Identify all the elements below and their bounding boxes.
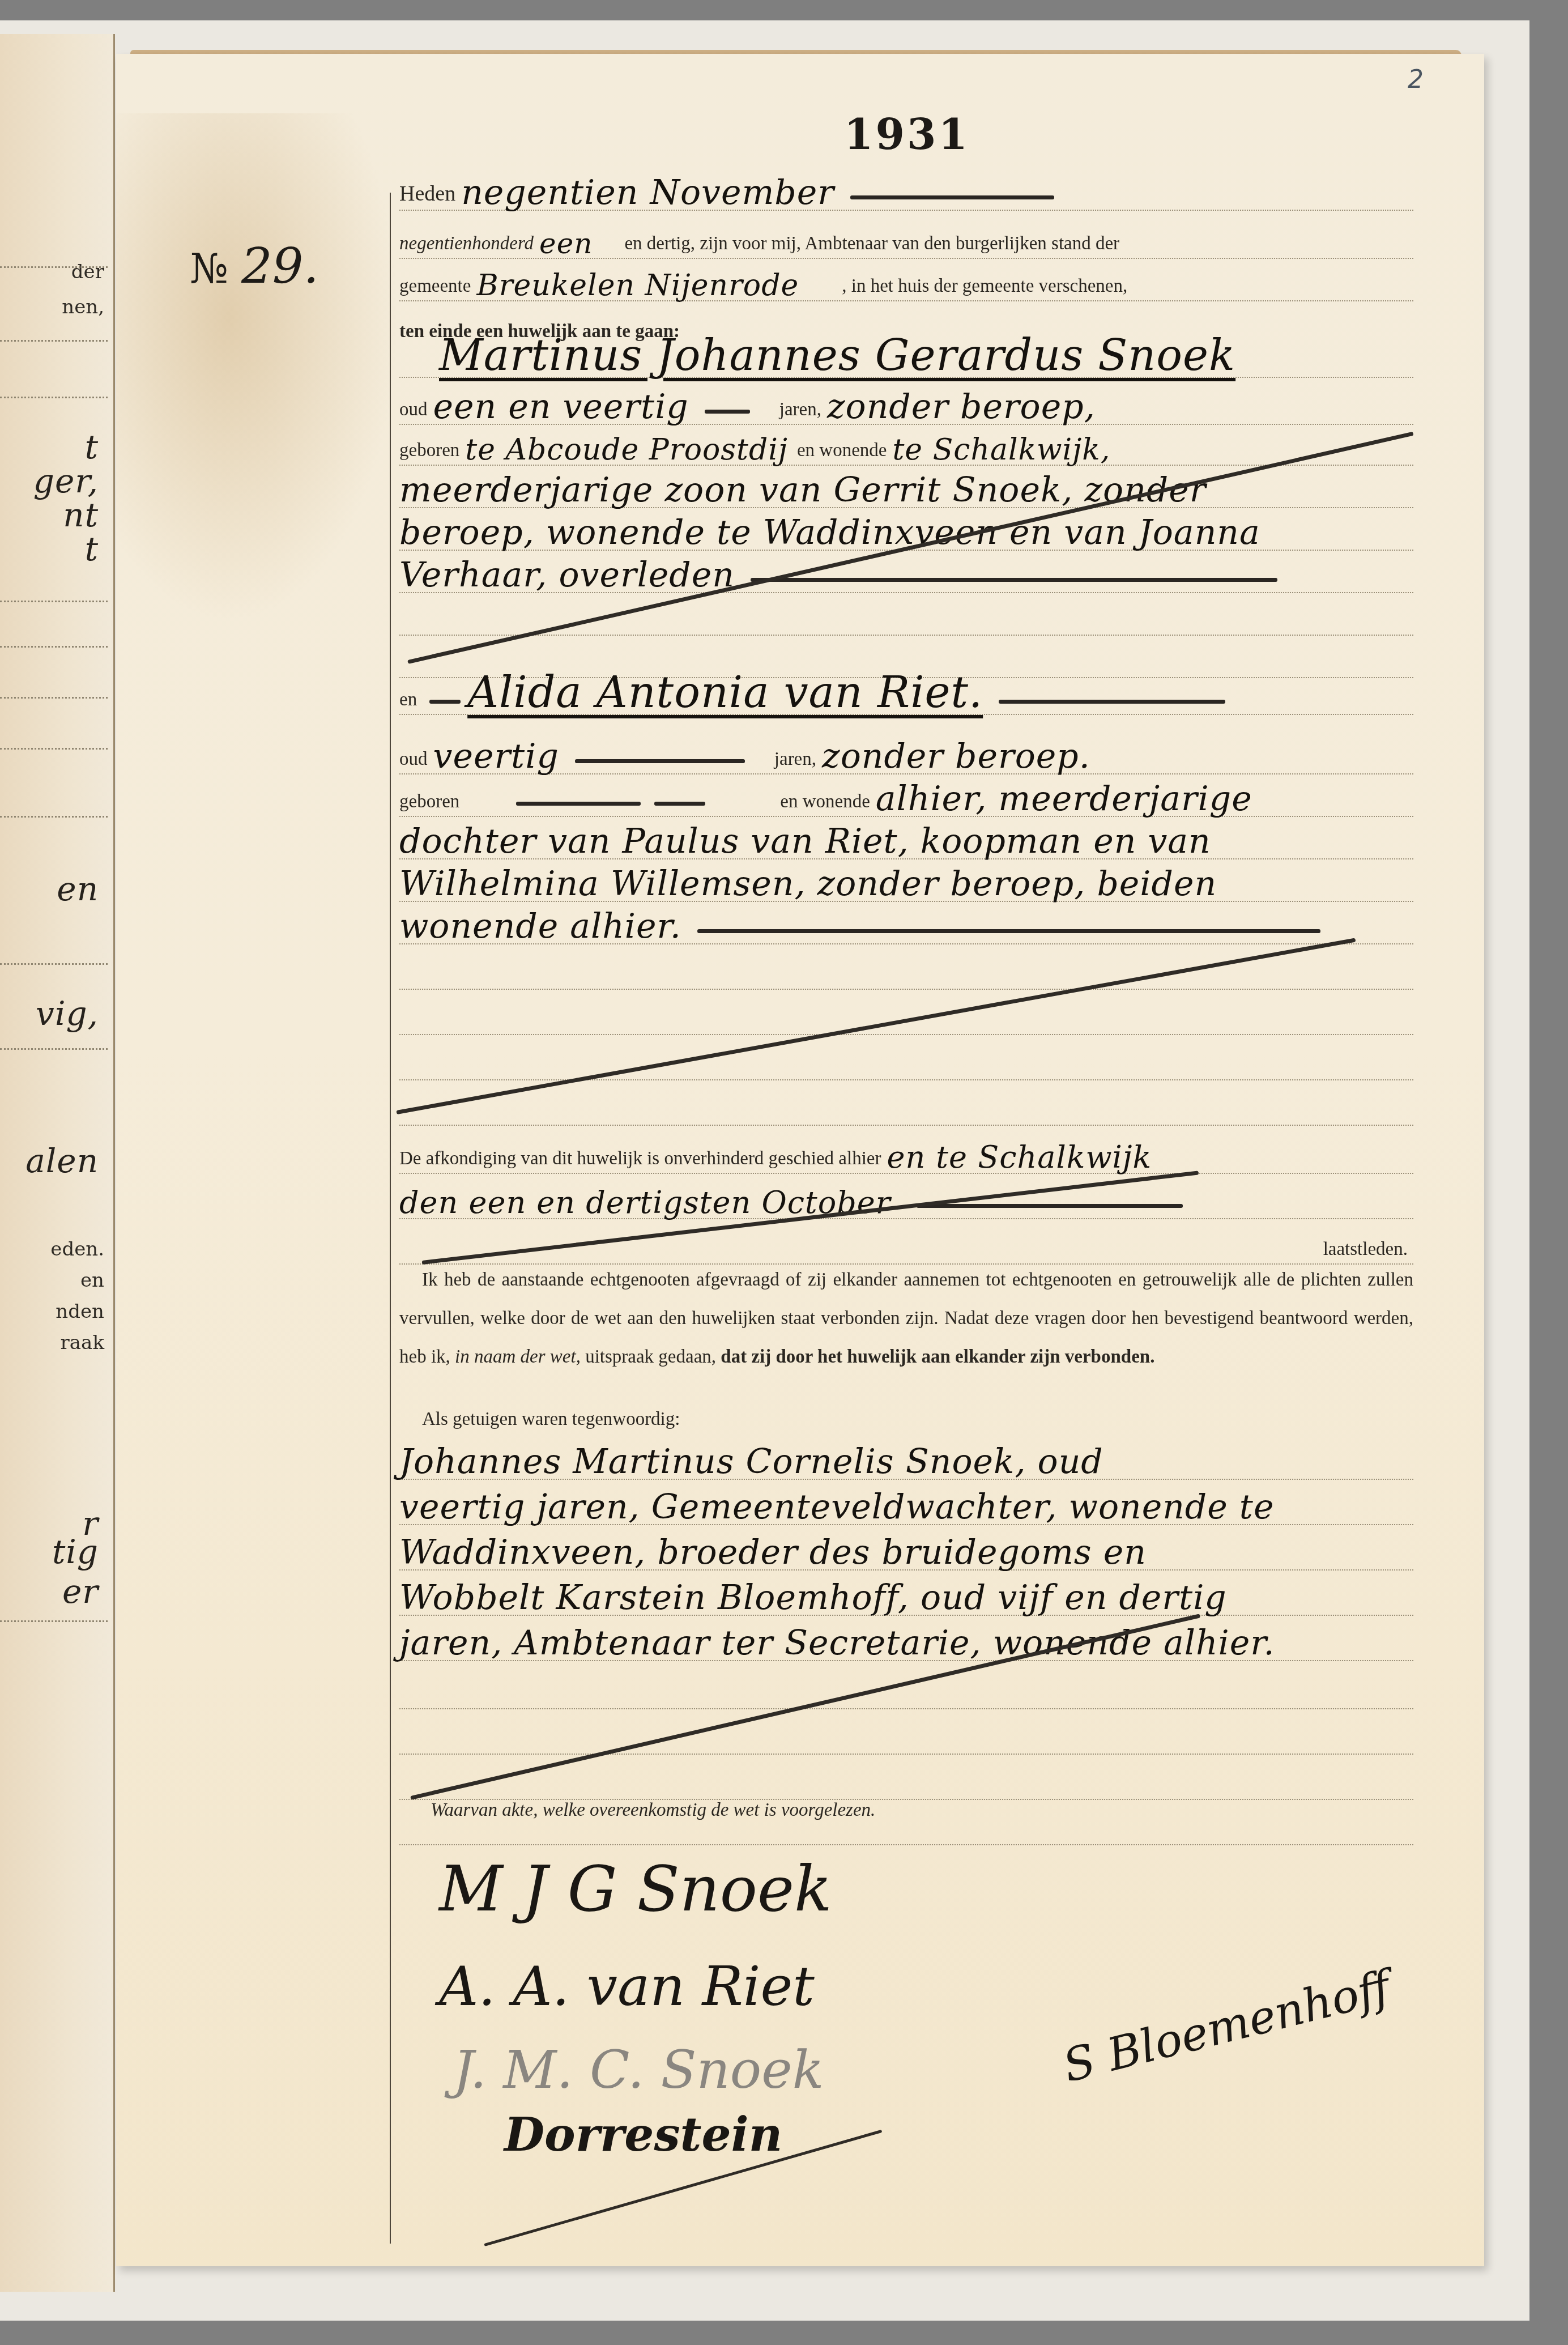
witness-line: veertig jaren, Gemeenteveldwachter, wone… — [399, 1479, 1413, 1525]
water-stain — [116, 113, 399, 623]
witness-line: Wobbelt Karstein Bloemhoff, oud vijf en … — [399, 1569, 1413, 1616]
witness-line: Johannes Martinus Cornelis Snoek, oud — [399, 1433, 1413, 1480]
gemeente-value: Breukelen Nijenrode — [476, 271, 799, 300]
register-year: 1931 — [844, 110, 970, 159]
witness-line: jaren, Ambtenaar ter Secretarie, wonende… — [399, 1615, 1413, 1661]
groom-name: Martinus Johannes Gerardus Snoek — [439, 334, 1235, 377]
bride-name-line: en Alida Antonia van Riet. — [399, 669, 1413, 715]
groom-name-line: Martinus Johannes Gerardus Snoek — [399, 331, 1413, 378]
witness-line: Waddinxveen, broeder des bruidegoms en — [399, 1524, 1413, 1571]
signature-bride: A. A. van Riet — [439, 1955, 815, 2018]
left-fragment: en — [80, 1269, 104, 1292]
akte-label: № — [190, 245, 228, 292]
afkondiging-line: De afkondiging van dit huwelijk is onver… — [399, 1127, 1413, 1174]
bride-age-line: oud veertig jaren, zonder beroep. — [399, 728, 1413, 774]
bride-birth-line: geboren en wonende alhier, meerderjarige — [399, 771, 1413, 817]
declaration-paragraph: Ik heb de aanstaande echtgenooten afgevr… — [399, 1261, 1413, 1376]
closing-statement: Waarvan akte, welke overeenkomstig de we… — [431, 1800, 875, 1824]
signature-groom: M J G Snoek — [439, 1853, 832, 1925]
left-fragment: nen, — [62, 296, 104, 318]
groom-age-line: oud een en veertig jaren, zonder beroep, — [399, 378, 1413, 425]
witnesses-label: Als getuigen waren tegenwoordig: — [422, 1409, 680, 1433]
left-fragment: nden — [56, 1300, 104, 1323]
bride-name: Alida Antonia van Riet. — [467, 671, 983, 714]
heden-line: Heden negentien November — [399, 164, 1413, 211]
left-page-edge: der nen, t ger, nt t en vig, alen eden. … — [0, 34, 115, 2292]
year-line: negentienhonderd een en dertig, zijn voo… — [399, 212, 1413, 259]
groom-birth-line: geboren te Abcoude Proostdij en wonende … — [399, 419, 1413, 466]
margin-rule — [390, 193, 391, 2244]
signature-official: Dorrestein — [504, 2108, 782, 2162]
gemeente-line: gemeente Breukelen Nijenrode , in het hu… — [399, 255, 1413, 301]
left-fragment: raak — [61, 1331, 104, 1354]
page-number: 2 — [1408, 65, 1424, 94]
akte-number-value: 29. — [241, 238, 319, 295]
akte-number: № 29. — [190, 238, 319, 295]
left-fragment: eden. — [50, 1238, 104, 1261]
left-fragment: der — [71, 261, 104, 283]
date-value: negentien November — [461, 176, 834, 210]
signature-witness-1: J. M. C. Snoek — [453, 2040, 824, 2100]
